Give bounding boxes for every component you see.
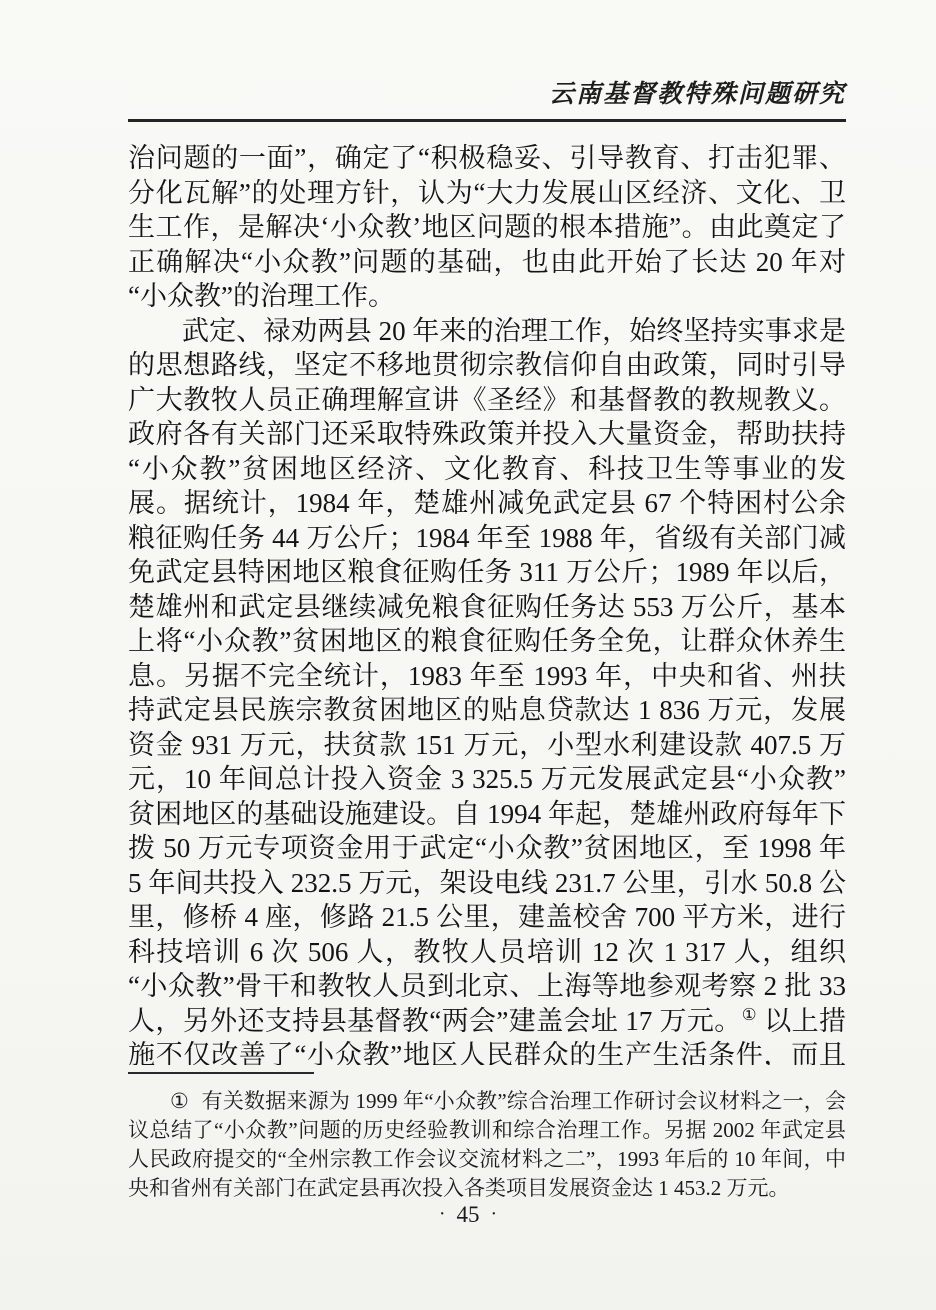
footnote-marker: ① [170, 1089, 189, 1113]
paragraph-continuation: 治问题的一面”，确定了“积极稳妥、引导教育、打击犯罪、分化瓦解”的处理方针，认为… [128, 141, 846, 314]
page-number-dot-right: · [491, 1203, 498, 1225]
footnote-rule [128, 1072, 314, 1074]
page-number: ·45· [0, 1202, 936, 1228]
page-header: 云南基督教特殊问题研究 [128, 74, 846, 122]
body-text: 治问题的一面”，确定了“积极稳妥、引导教育、打击犯罪、分化瓦解”的处理方针，认为… [128, 141, 846, 1065]
footnote-reference-mark: ① [742, 1005, 757, 1024]
book-page: 云南基督教特殊问题研究 治问题的一面”，确定了“积极稳妥、引导教育、打击犯罪、分… [0, 0, 936, 1310]
running-title: 云南基督教特殊问题研究 [549, 81, 846, 108]
footnote-area: ①有关数据来源为 1999 年“小众教”综合治理工作研讨会议材料之一，会议总结了… [128, 1072, 846, 1203]
footnote-text: 有关数据来源为 1999 年“小众教”综合治理工作研讨会议材料之一，会议总结了“… [128, 1089, 846, 1200]
paragraph-text: 武定、禄劝两县 20 年来的治理工作，始终坚持实事求是的思想路线，坚定不移地贯彻… [128, 316, 846, 1036]
page-number-value: 45 [457, 1202, 480, 1227]
page-number-dot-left: · [439, 1203, 446, 1225]
paragraph-treatment-work: 武定、禄劝两县 20 年来的治理工作，始终坚持实事求是的思想路线，坚定不移地贯彻… [128, 314, 846, 1066]
footnote: ①有关数据来源为 1999 年“小众教”综合治理工作研讨会议材料之一，会议总结了… [128, 1087, 846, 1203]
